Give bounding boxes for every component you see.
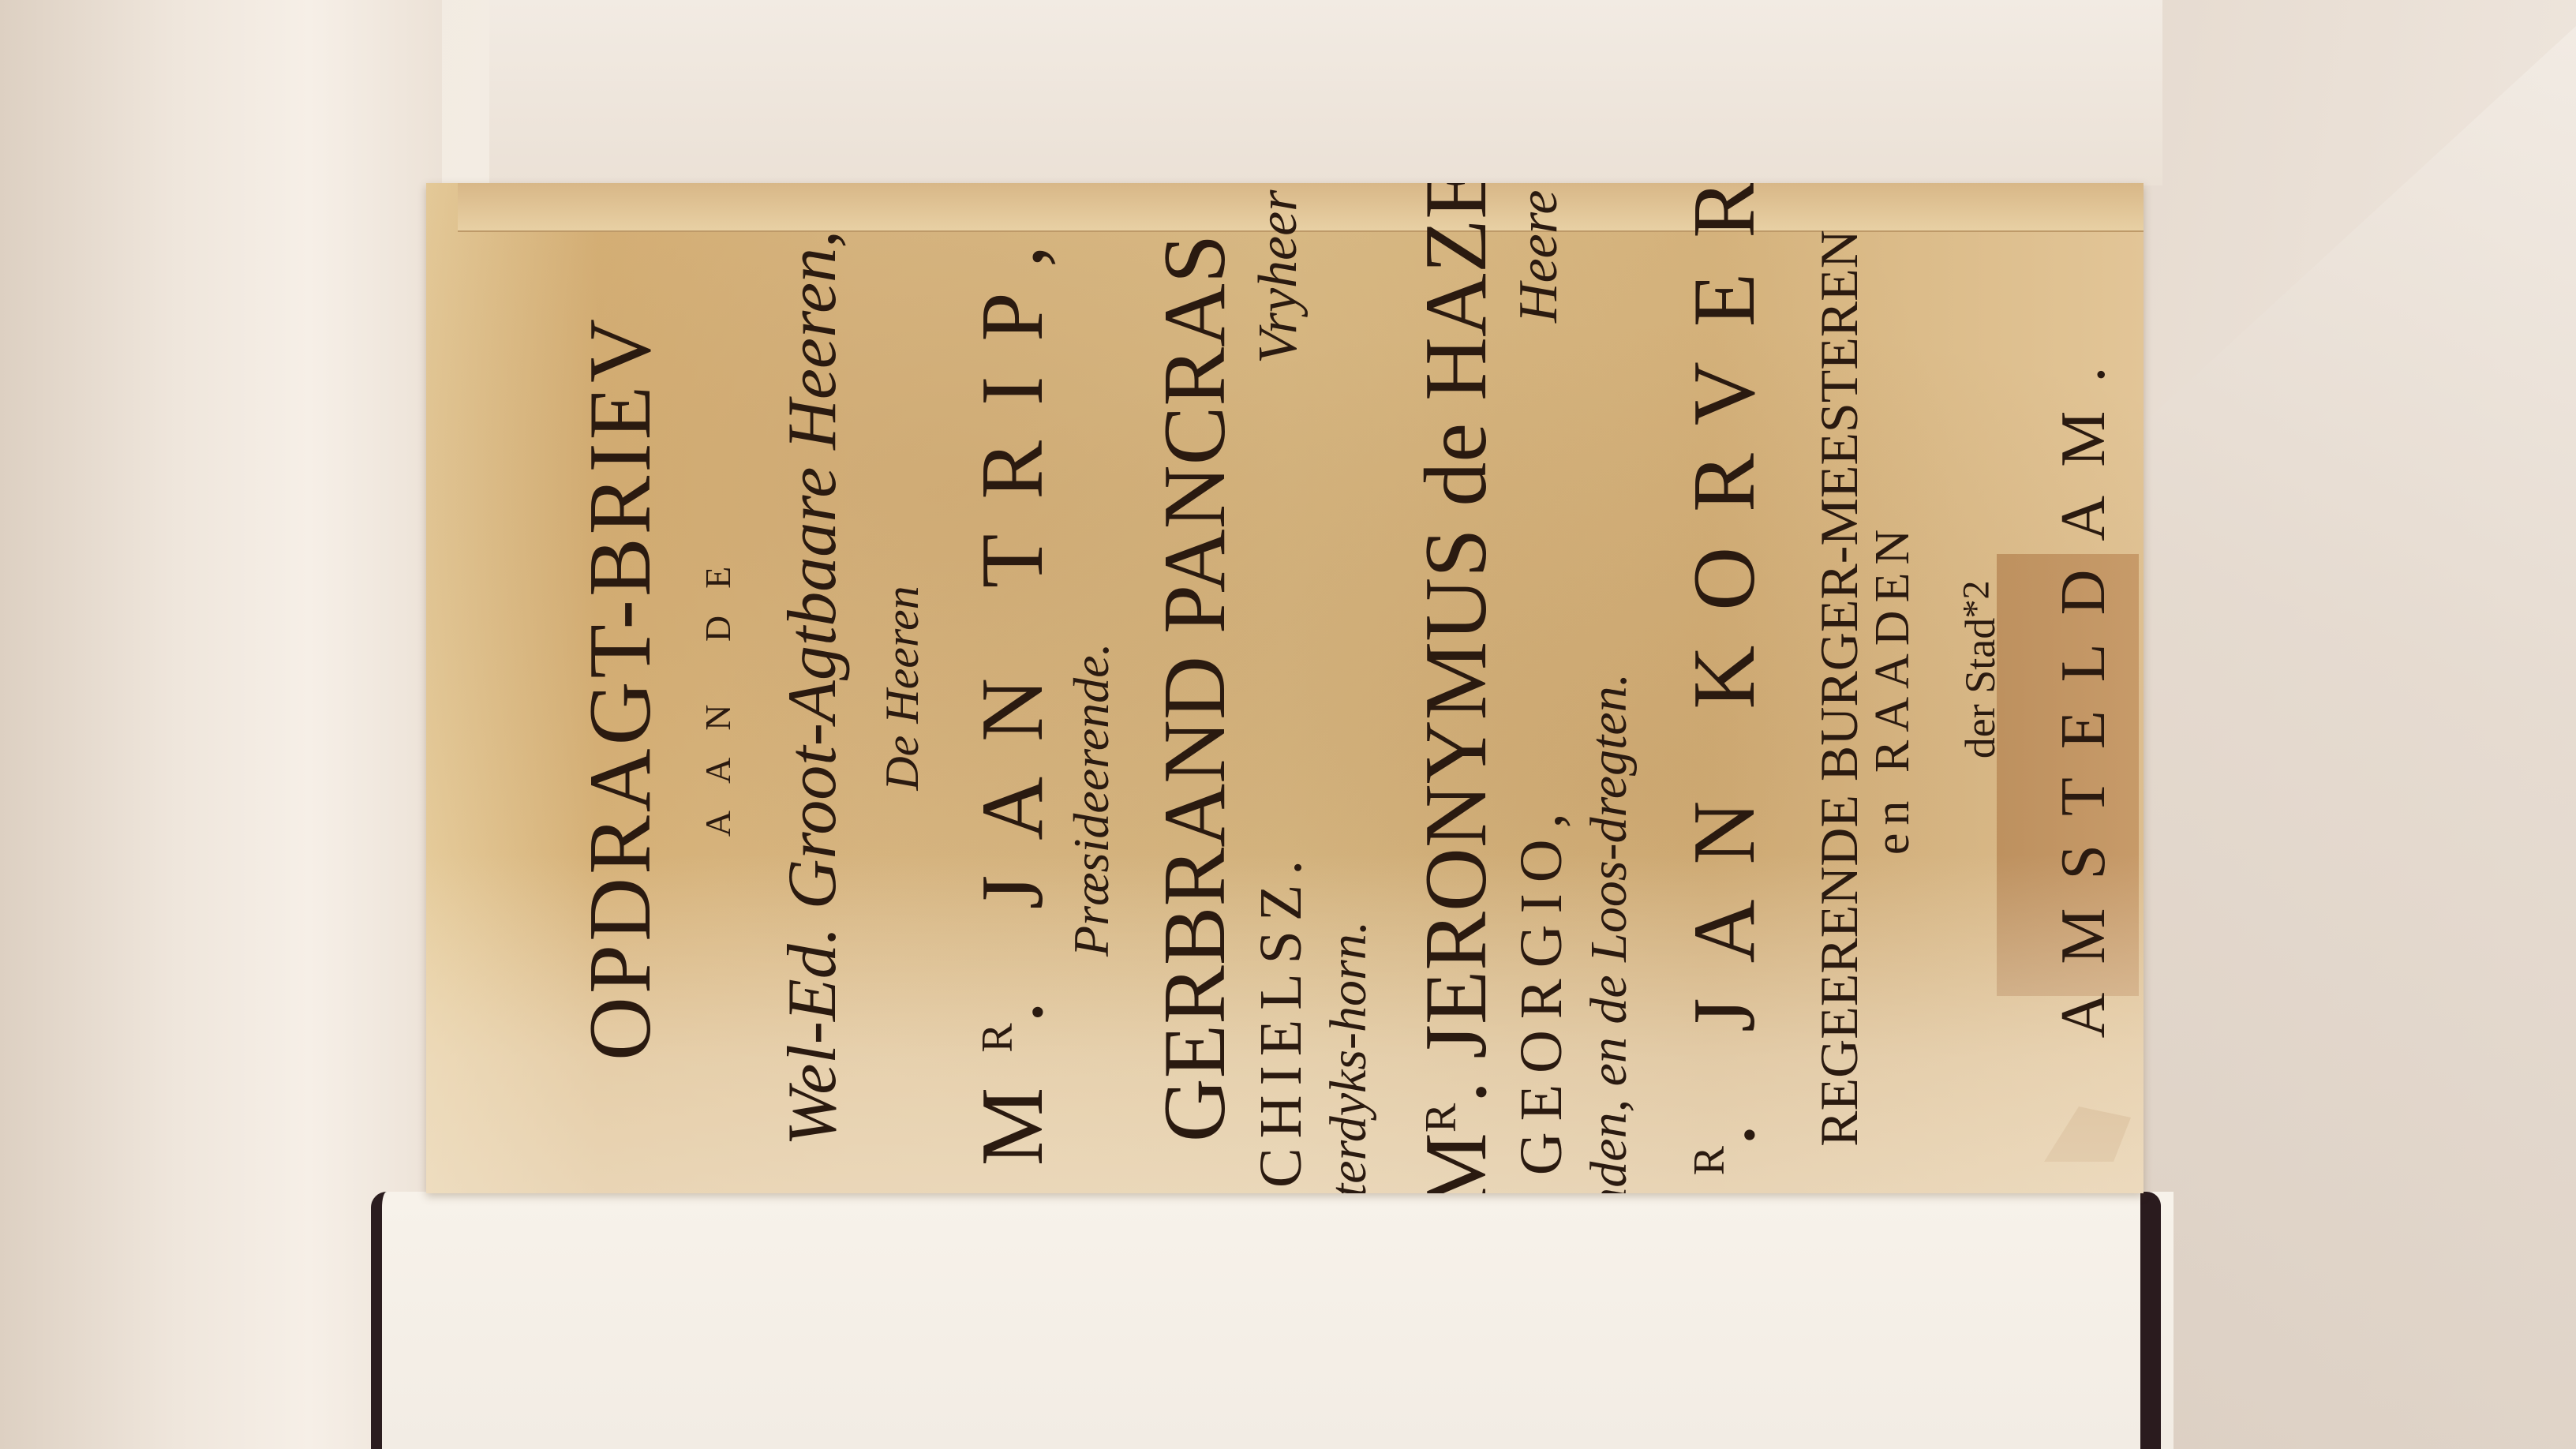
- signature-mark: *2: [1955, 581, 1998, 619]
- address-line: Wel-Ed. Groot-Agtbaare Heeren,: [777, 230, 849, 1146]
- role-praesideerende: Præsideerende.: [1065, 642, 1118, 1162]
- person2-subline: MICHIELSZ. Vryheer van: [1247, 183, 1316, 1193]
- city-amsteldam: AMSTELDAM.: [2050, 339, 2117, 1039]
- person2-title: Westerdyks-horn.: [1319, 183, 1379, 1193]
- book-binding-edge: [2140, 1192, 2161, 1449]
- person-jan-trip: MR. JAN TRIP,: [967, 211, 1060, 1166]
- office-line: REGEERENDE BURGER-MEESTEREN: [1811, 230, 1867, 1147]
- title: OPDRAGT-BRIEV: [575, 316, 668, 1061]
- person-jeronymus-de-haze: MR. JERONYMUS de HAZE: [1410, 183, 1503, 1193]
- dedication-text: OPDRAGT-BRIEV AAN DE Wel-Ed. Groot-Agtba…: [496, 215, 2074, 1162]
- person3-title: Mynden, en de Loos-dregten.: [1579, 183, 1639, 1193]
- person3-subline: de GEORGIO, Heere van: [1507, 183, 1576, 1193]
- person-jan-korver: MR. JAN KORVER.: [1679, 183, 1772, 1193]
- office-line-2: en RAADEN: [1867, 522, 1919, 855]
- aged-title-page: OPDRAGT-BRIEV AAN DE Wel-Ed. Groot-Agtba…: [426, 183, 2144, 1193]
- person-gerbrand-pancras: GERBRAND PANCRAS: [1149, 234, 1242, 1142]
- background-right-shadow: [2131, 0, 2576, 1449]
- de-heeren: De Heeren: [878, 586, 927, 790]
- der-stad: der Stad: [1958, 618, 2003, 758]
- upper-blank-page: [489, 0, 2162, 185]
- aan-de: AAN DE: [699, 540, 737, 837]
- lower-blank-page: [371, 1192, 2173, 1449]
